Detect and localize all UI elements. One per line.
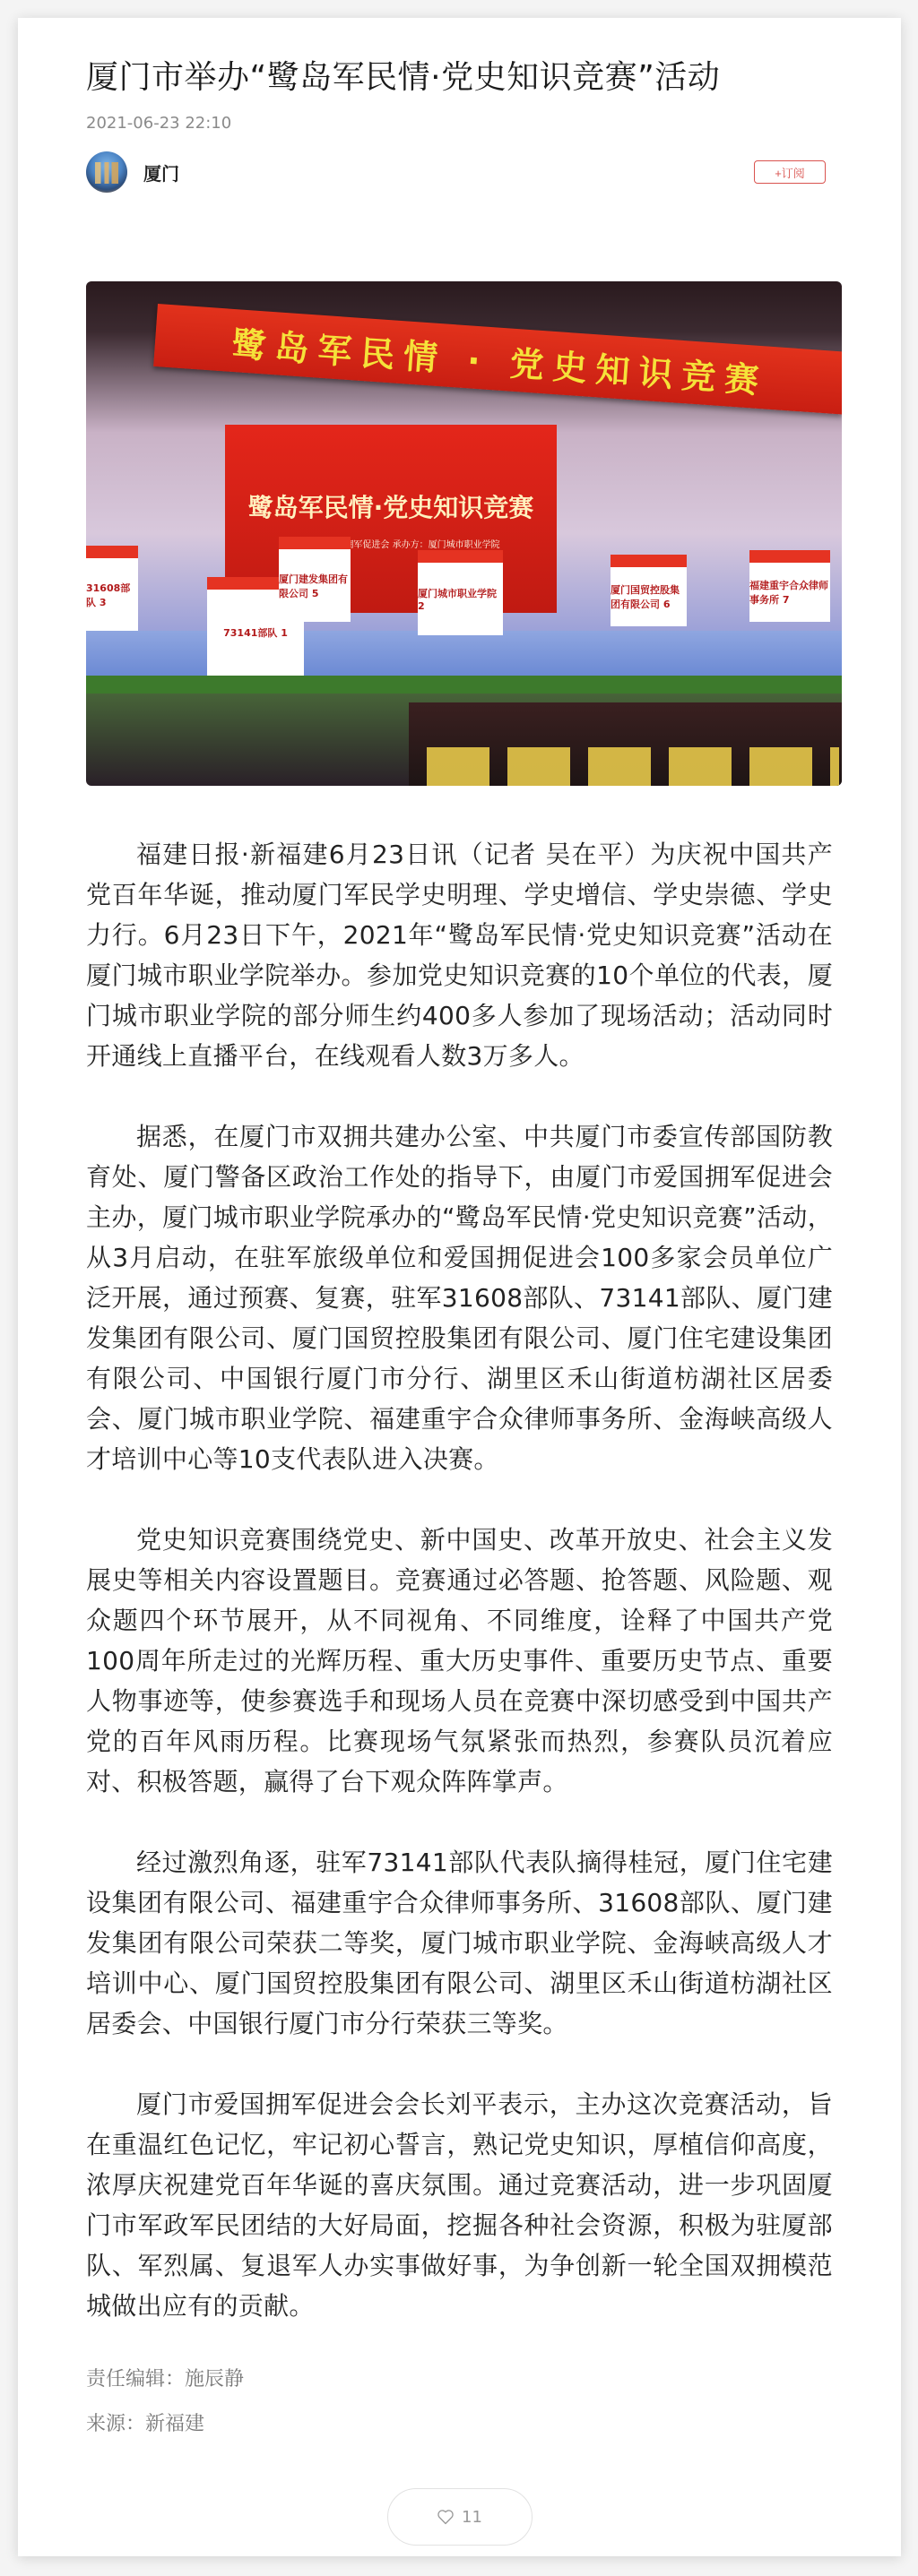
author-row: 厦门 +订阅	[86, 151, 833, 194]
photo-stage	[86, 631, 842, 694]
photo-chairs	[427, 747, 839, 786]
source-credit: 来源：新福建	[86, 2411, 833, 2438]
author-name[interactable]: 厦门	[143, 159, 179, 185]
photo-screen-title: 鹭岛军民情·党史知识竞赛	[248, 488, 534, 524]
heart-icon	[437, 2508, 455, 2526]
avatar[interactable]	[86, 151, 127, 193]
publish-date: 2021-06-23 22:10	[86, 113, 833, 134]
photo-desk: 福建重宇合众律师事务所 7	[749, 550, 830, 622]
subscribe-button[interactable]: +订阅	[754, 160, 826, 184]
like-button[interactable]: 11	[387, 2488, 533, 2546]
photo-desk: 厦门城市职业学院 2	[418, 550, 503, 635]
paragraph: 厦门市爱国拥军促进会会长刘平表示，主办这次竞赛活动，旨在重温红色记忆，牢记初心誓…	[86, 2084, 833, 2326]
photo-banner: 鹭岛军民情 · 党史知识竞赛	[153, 304, 842, 415]
author-info[interactable]: 厦门	[86, 151, 179, 193]
paragraph: 福建日报·新福建6月23日讯（记者 吴在平）为庆祝中国共产党百年华诞，推动厦门军…	[86, 834, 833, 1076]
photo-desk: 厦门建发集团有限公司 5	[279, 537, 351, 622]
paragraph: 据悉，在厦门市双拥共建办公室、中共厦门市委宣传部国防教育处、厦门警备区政治工作处…	[86, 1116, 833, 1479]
article-photo: 鹭岛军民情 · 党史知识竞赛 鹭岛军民情·党史知识竞赛 主办方：市爱国拥军促进会…	[86, 281, 842, 786]
like-area: 11	[86, 2488, 833, 2546]
paragraph: 经过激烈角逐，驻军73141部队代表队摘得桂冠，厦门住宅建设集团有限公司、福建重…	[86, 1842, 833, 2044]
photo-desk: 31608部队 3	[86, 546, 138, 631]
paragraph: 党史知识竞赛围绕党史、新中国史、改革开放史、社会主义发展史等相关内容设置题目。竞…	[86, 1520, 833, 1802]
like-count: 11	[462, 2508, 482, 2527]
article-card: 厦门市举办“鹭岛军民情·党史知识竞赛”活动 2021-06-23 22:10 厦…	[18, 18, 901, 2556]
editor-credit: 责任编辑：施辰静	[86, 2366, 833, 2393]
article-body: 福建日报·新福建6月23日讯（记者 吴在平）为庆祝中国共产党百年华诞，推动厦门军…	[86, 834, 833, 2326]
photo-desk: 厦门国贸控股集团有限公司 6	[611, 555, 687, 626]
article-title: 厦门市举办“鹭岛军民情·党史知识竞赛”活动	[86, 54, 833, 102]
